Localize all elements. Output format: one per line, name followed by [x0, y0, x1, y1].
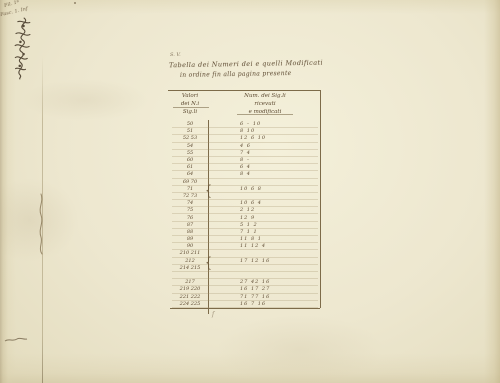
- row-left-value: 217: [172, 279, 208, 285]
- right-header-line-1: Num. dei Sig.li: [228, 92, 302, 100]
- title-mark: S. V.: [170, 52, 181, 58]
- table-row: 752 12: [172, 207, 318, 214]
- table-row: 219 22016 17 27: [172, 286, 318, 293]
- row-left-value: 71: [172, 186, 208, 192]
- table-row: [172, 272, 318, 279]
- right-header-line-2: ricevuti: [228, 100, 302, 108]
- table-row: 608 –: [172, 157, 318, 164]
- row-left-value: 61: [172, 164, 208, 170]
- row-right-value: 7 4: [208, 150, 251, 156]
- left-header-line-3: Sig.li: [170, 108, 210, 116]
- row-left-value: 87: [172, 222, 208, 228]
- manuscript-page: Fil. 1ª Fasc. 1. Inf S. V. Tabella dei N…: [0, 0, 500, 383]
- table-row: 21727 42 16: [172, 279, 318, 286]
- row-right-value: 16 7 16: [208, 301, 266, 307]
- row-left-value: 50: [172, 121, 208, 127]
- row-right-value: 4 6: [208, 143, 251, 149]
- table-top-border: [168, 90, 320, 91]
- row-left-value: 52 53: [172, 135, 208, 141]
- left-header-line-1: Valori: [170, 92, 210, 100]
- row-left-value: 88: [172, 229, 208, 235]
- row-group-brace: {: [205, 183, 212, 197]
- row-right-value: 10 6 4: [208, 200, 262, 206]
- table-row: 224 22516 7 16: [172, 301, 318, 308]
- row-right-value: 6 4: [208, 164, 251, 170]
- table-row: 52 5312 6 10: [172, 135, 318, 142]
- row-right-value: 10 6 8: [208, 186, 262, 192]
- page-subtitle: in ordine fin alla pagina presente: [180, 70, 292, 79]
- table-bottom-border: [170, 308, 320, 309]
- table-row: 557 4: [172, 150, 318, 157]
- row-left-value: 64: [172, 171, 208, 177]
- row-left-value: 224 225: [172, 301, 208, 307]
- row-right-value: 16 17 27: [208, 286, 270, 292]
- row-left-value: 69 70: [172, 179, 208, 185]
- row-left-value: 74: [172, 200, 208, 206]
- table-row: 9011 12 4: [172, 243, 318, 250]
- row-right-value: 11 8 1: [208, 236, 262, 242]
- margin-flourish-icon: [33, 192, 49, 256]
- table-row: 221 22271 77 16: [172, 294, 318, 301]
- row-left-value: 221 222: [172, 294, 208, 300]
- table-row: 616 4: [172, 164, 318, 171]
- table-row: 69 70: [172, 179, 318, 186]
- edge-mark-icon: [4, 336, 28, 344]
- right-header-underline: [237, 114, 293, 115]
- table-row: 210 211: [172, 250, 318, 257]
- row-left-value: 76: [172, 215, 208, 221]
- table-row: 72 73: [172, 193, 318, 200]
- table-row: 214 215: [172, 265, 318, 272]
- left-header-underline: [173, 107, 209, 108]
- table-row: 7410 6 4: [172, 200, 318, 207]
- row-left-value: 90: [172, 243, 208, 249]
- page-title: Tabella dei Numeri dei e quelli Modifica…: [169, 59, 323, 70]
- row-left-value: 51: [172, 128, 208, 134]
- row-left-value: 54: [172, 143, 208, 149]
- table-row: 875 1 2: [172, 222, 318, 229]
- table-row: 544 6: [172, 143, 318, 150]
- row-left-value: 212: [172, 258, 208, 264]
- row-left-value: 55: [172, 150, 208, 156]
- row-left-value: 219 220: [172, 286, 208, 292]
- row-right-value: 71 77 16: [208, 294, 270, 300]
- table-row: 7612 9: [172, 214, 318, 221]
- table-row: 506 – 10: [172, 121, 318, 128]
- row-left-value: 60: [172, 157, 208, 163]
- row-left-value: 89: [172, 236, 208, 242]
- row-right-value: 2 12: [208, 207, 255, 213]
- table-row: {21217 12 16: [172, 258, 318, 265]
- row-left-value: 75: [172, 207, 208, 213]
- notary-seal-icon: [4, 15, 40, 81]
- ink-speck: [74, 2, 76, 4]
- table-row: 648 4: [172, 171, 318, 178]
- table-rows: 506 – 10518 1052 5312 6 10544 6557 4608 …: [172, 121, 318, 308]
- row-left-value: 214 215: [172, 265, 208, 271]
- row-right-value: 8 –: [208, 157, 250, 163]
- row-left-value: 72 73: [172, 193, 208, 199]
- row-right-value: 6 – 10: [208, 121, 261, 127]
- row-right-value: 27 42 16: [208, 279, 270, 285]
- row-left-value: 210 211: [172, 250, 208, 256]
- table-row: 8911 8 1: [172, 236, 318, 243]
- row-right-value: 12 6 10: [208, 135, 266, 141]
- row-right-value: 11 12 4: [208, 243, 266, 249]
- row-right-value: 8 4: [208, 171, 251, 177]
- row-right-value: 17 12 16: [208, 258, 270, 264]
- table-row: 518 10: [172, 128, 318, 135]
- row-group-brace: {: [205, 255, 212, 269]
- left-column-header: Valori dei N.i Sig.li: [170, 92, 210, 116]
- below-table-mark: ſ: [212, 311, 214, 318]
- table-row: 887 1 1: [172, 229, 318, 236]
- row-right-value: 7 1 1: [208, 229, 258, 235]
- right-column-header: Num. dei Sig.li ricevuti e modificati: [228, 92, 302, 116]
- row-right-value: 8 10: [208, 128, 255, 134]
- row-right-value: 12 9: [208, 215, 255, 221]
- table-row: {7110 6 8: [172, 186, 318, 193]
- row-right-value: 5 1 2: [208, 222, 258, 228]
- table-right-border: [320, 90, 321, 308]
